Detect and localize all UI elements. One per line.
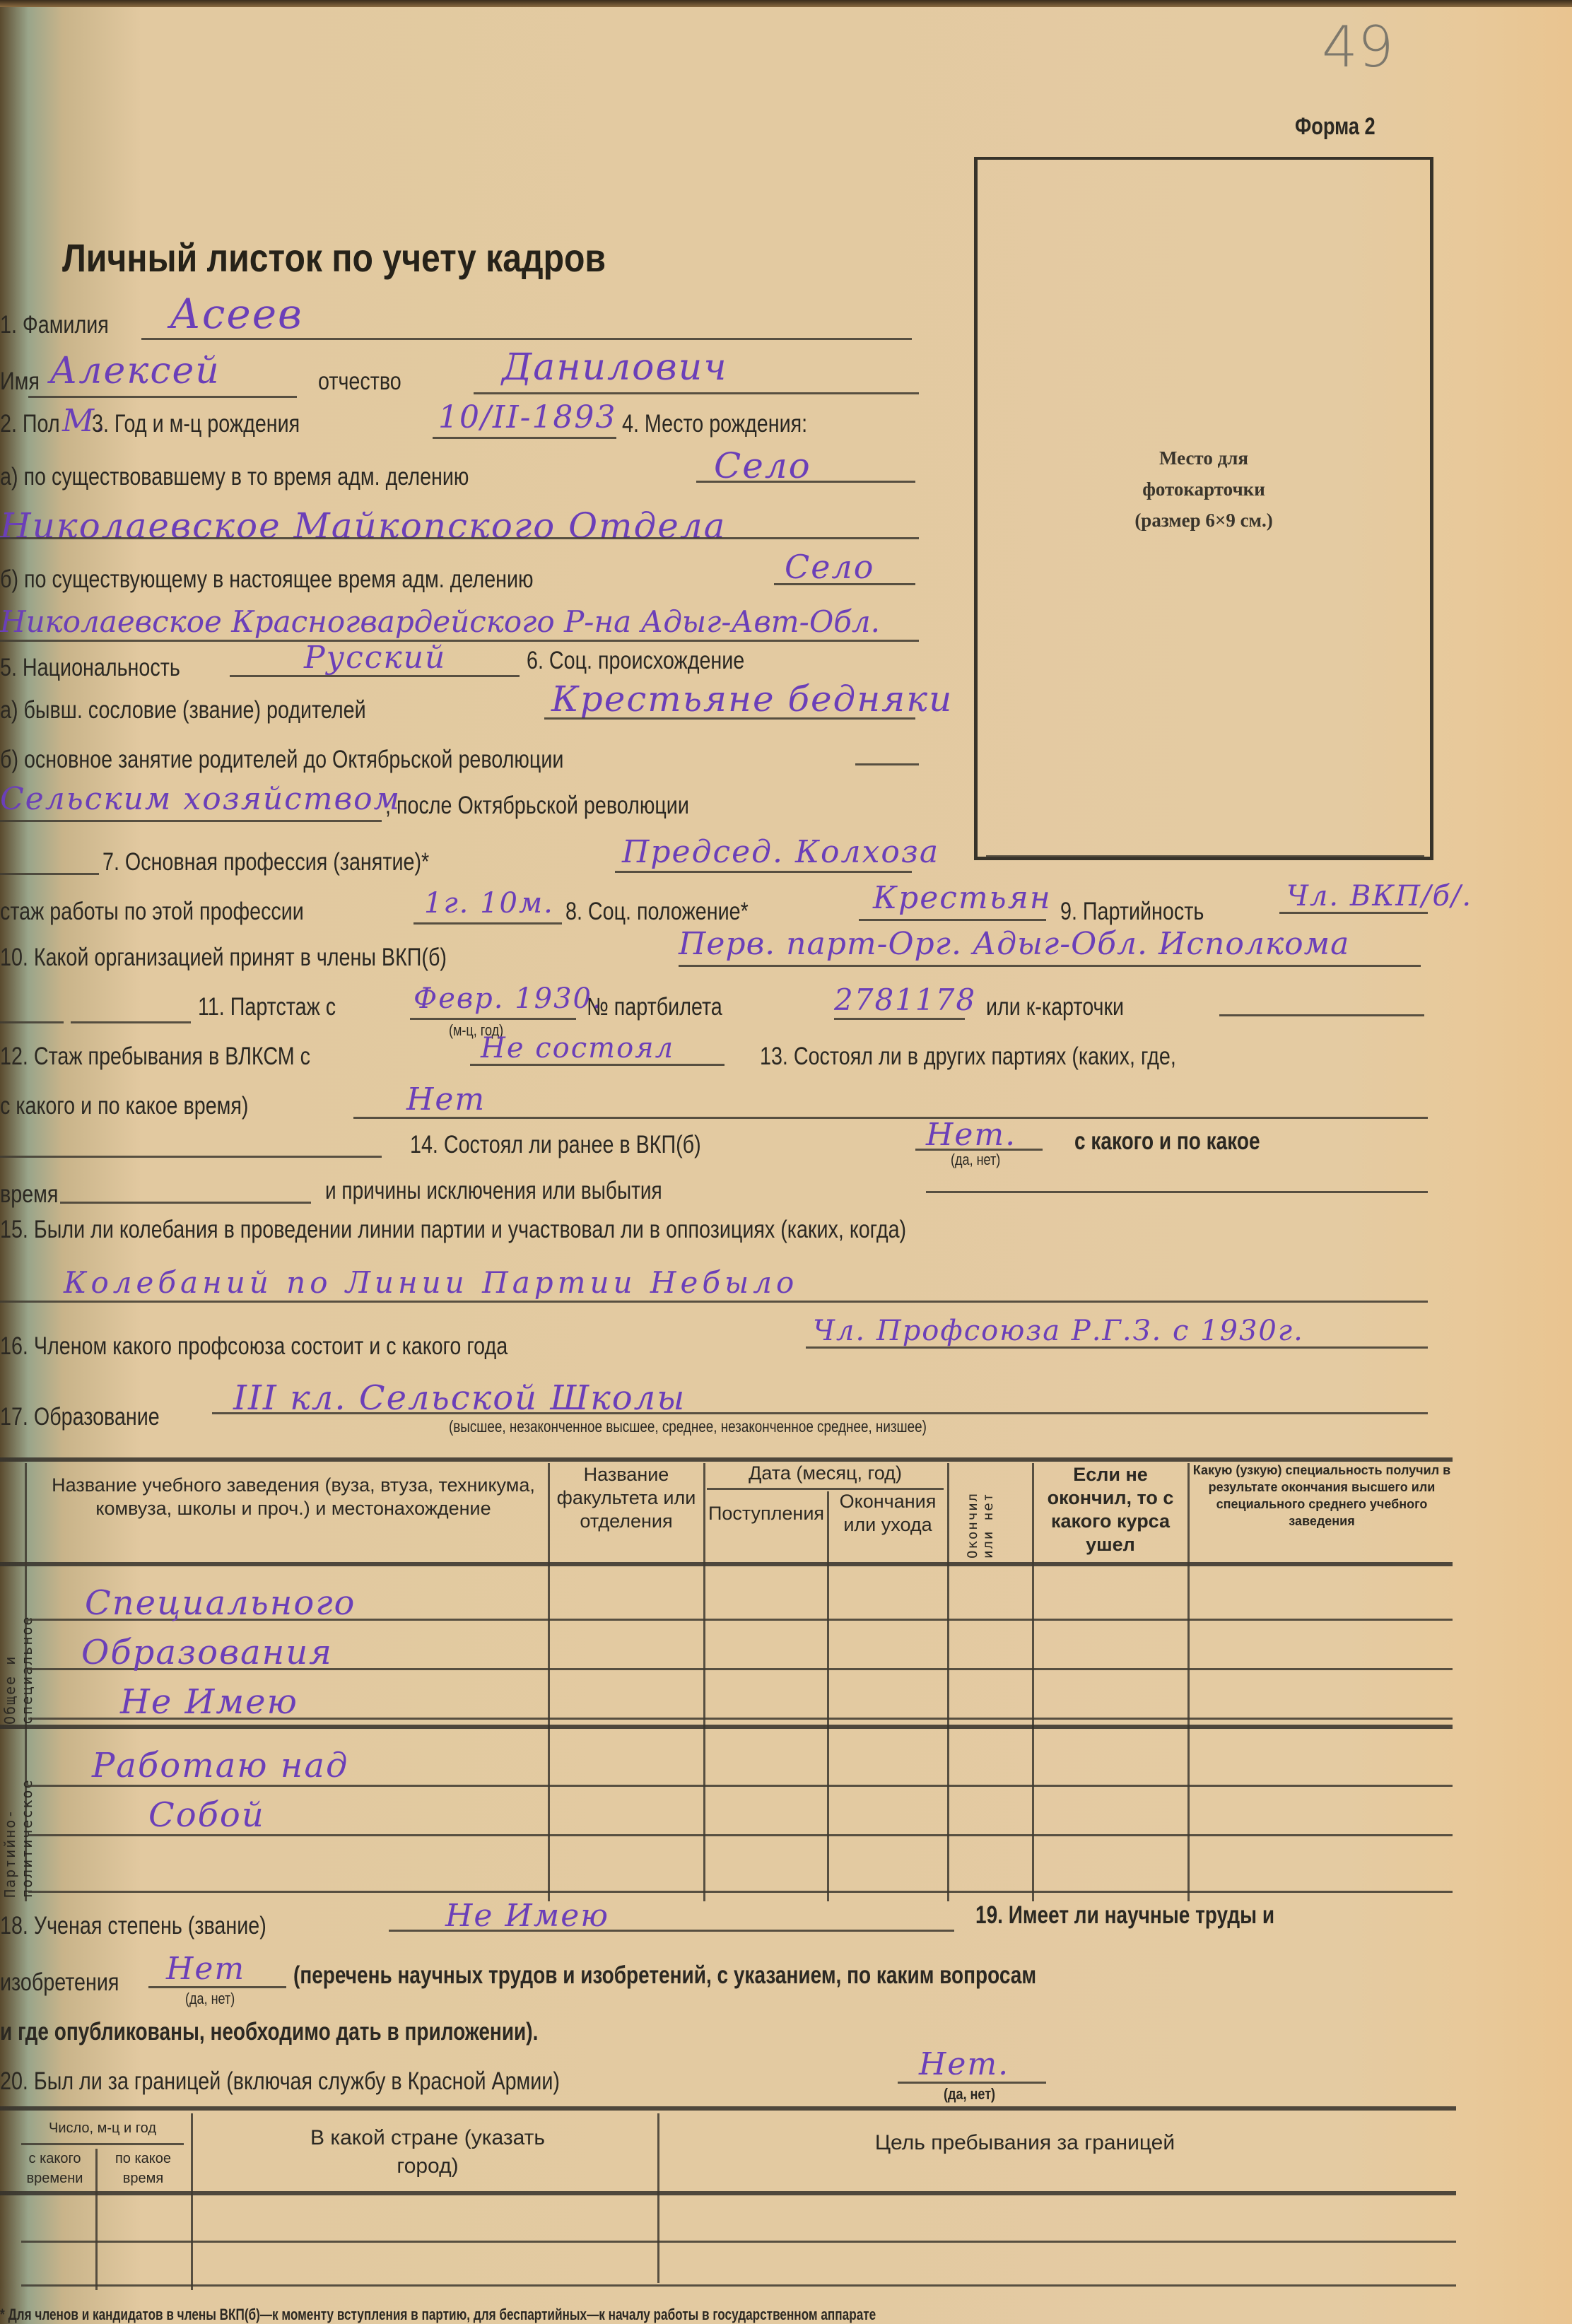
party-card-value[interactable]: 2781178 xyxy=(834,982,976,1017)
edu-col-line-3 xyxy=(827,1491,829,1901)
party-card-label: № партбилета xyxy=(587,993,722,1021)
parents-occupation-before-label: б) основное занятие родителей до Октябрь… xyxy=(0,746,563,774)
abroad-row-line-1 xyxy=(21,2241,1456,2243)
birthplace-new-line-2 xyxy=(0,640,919,642)
abroad-date-group-line xyxy=(21,2143,184,2145)
opposition-label: 15. Были ли колебания в проведении линии… xyxy=(0,1216,906,1244)
abroad-col-line-0 xyxy=(95,2149,98,2290)
parents-occupation-before-line xyxy=(855,763,919,765)
party-tenure-line xyxy=(410,1018,576,1020)
abroad-row-line-2 xyxy=(21,2284,1456,2287)
footnote: * Для членов и кандидатов в члены ВКП(б)… xyxy=(0,2306,876,2324)
abroad-header-purpose: Цель пребывания за границей xyxy=(778,2131,1272,2154)
abroad-label: 20. Был ли за границей (включая службу в… xyxy=(0,2067,560,2096)
birthdate-line xyxy=(433,437,616,439)
edu-row-line-6 xyxy=(28,1891,1453,1893)
parents-estate-line xyxy=(544,717,915,720)
earlier-party-label: 14. Состоял ли ранее в ВКП(б) xyxy=(410,1131,701,1159)
edu-header-dates-group: Дата (месяц, год) xyxy=(707,1462,944,1485)
birthplace-new-value-2[interactable]: Николаевское Красногвардейского Р-на Ады… xyxy=(0,604,880,639)
birthplace-new-label: б) по существующему в настоящее время ад… xyxy=(0,565,534,594)
abroad-value[interactable]: Нет. xyxy=(919,2046,1009,2082)
opposition-value[interactable]: Колебаний по Линии Партии Небыло xyxy=(64,1265,798,1300)
inventions-hint: (да, нет) xyxy=(185,1990,235,2008)
party-card-line xyxy=(834,1018,965,1020)
party-tenure-value[interactable]: Февр. 1930. xyxy=(413,982,603,1015)
komsomol-label: 12. Стаж пребывания в ВЛКСМ с xyxy=(0,1043,310,1071)
trade-union-label: 16. Членом какого профсоюза состоит и с … xyxy=(0,1332,508,1361)
edu-section-political-label: Партийно-политическое xyxy=(1,1735,35,1898)
firstname-line xyxy=(28,396,297,398)
birthplace-label: 4. Место рождения: xyxy=(622,410,807,438)
earlier-party-time-label: время xyxy=(0,1180,58,1209)
profession-label: 7. Основная профессия (занятие)* xyxy=(102,848,429,876)
birthplace-old-value-2[interactable]: Николаевское Майкопского Отдела xyxy=(0,505,726,546)
candidate-card-line xyxy=(1219,1014,1424,1016)
profession-line xyxy=(615,871,912,873)
abroad-header-from: с какого времени xyxy=(14,2149,95,2188)
work-experience-line xyxy=(413,922,562,925)
page-title: Личный листок по учету кадров xyxy=(62,235,606,281)
firstname-label: Имя xyxy=(0,368,40,396)
inventions-value[interactable]: Нет xyxy=(166,1951,245,1987)
form-label: Форма 2 xyxy=(1295,113,1375,141)
work-experience-label: стаж работы по этой профессии xyxy=(0,898,304,926)
edu-cell[interactable]: Собой xyxy=(148,1795,265,1835)
edu-header-faculty: Название факультета или отделения xyxy=(551,1463,701,1533)
earlier-party-value[interactable]: Нет. xyxy=(926,1117,1016,1153)
earlier-party-hint: (да, нет) xyxy=(951,1151,1000,1169)
trade-union-value[interactable]: Чл. Профсоюза Р.Г.З. с 1930г. xyxy=(813,1315,1304,1347)
social-status-line xyxy=(859,919,1046,921)
photo-line-3: (размер 6×9 см.) xyxy=(978,505,1430,536)
inventions-line xyxy=(148,1986,286,1988)
edu-header-completion: Окончания или ухода xyxy=(831,1490,945,1537)
party-line xyxy=(1279,912,1428,914)
admitting-org-label: 10. Какой организацией принят в члены ВК… xyxy=(0,944,447,972)
edu-header-completed: Окончил или нет xyxy=(965,1467,996,1559)
edu-section-general-label: Общее и специальное xyxy=(1,1573,35,1725)
scientific-works-label: 19. Имеет ли научные труды и xyxy=(975,1901,1274,1930)
abroad-table-top xyxy=(0,2106,1456,2111)
inventions-note-2: и где опубликованы, необходимо дать в пр… xyxy=(0,2018,538,2046)
education-hint: (высшее, незаконченное высшее, среднее, … xyxy=(449,1417,927,1436)
admitting-org-value[interactable]: Перв. парт-Орг. Адыг-Обл. Исполкома xyxy=(679,926,1349,962)
komsomol-value[interactable]: Не состоял xyxy=(481,1032,674,1064)
edu-header-if-not-completed: Если не окончил, то с какого курса ушел xyxy=(1036,1463,1185,1556)
social-status-label: 8. Соц. положение* xyxy=(565,898,749,926)
other-parties-label: 13. Состоял ли в других партиях (каких, … xyxy=(760,1043,1176,1071)
degree-line xyxy=(389,1930,954,1932)
surname-label: 1. Фамилия xyxy=(0,311,109,339)
abroad-table-header-bottom xyxy=(0,2191,1456,2195)
candidate-card-label: или к-карточки xyxy=(986,993,1124,1021)
edu-header-admission: Поступления xyxy=(707,1502,826,1525)
edu-header-specialty: Какую (узкую) специальность получил в ре… xyxy=(1191,1462,1453,1530)
party-value[interactable]: Чл. ВКП/б/. xyxy=(1286,880,1472,912)
abroad-col-line-2 xyxy=(657,2113,659,2283)
other-parties-label-2: с какого и по какое время) xyxy=(0,1092,248,1120)
earlier-party-prefix-line xyxy=(0,1156,382,1158)
nationality-label: 5. Национальность xyxy=(0,654,180,682)
profession-prefix-line xyxy=(0,873,99,875)
parents-estate-value[interactable]: Крестьяне бедняки xyxy=(551,679,953,720)
trade-union-line xyxy=(806,1346,1428,1349)
opposition-line xyxy=(0,1301,1428,1303)
abroad-header-country: В какой стране (указать город) xyxy=(304,2124,551,2181)
degree-label: 18. Ученая степень (звание) xyxy=(0,1912,266,1940)
edu-table-header-bottom xyxy=(0,1562,1453,1566)
nationality-line xyxy=(230,675,520,677)
admitting-org-line xyxy=(679,965,1421,967)
exclusion-reasons-label: и причины исключения или выбытия xyxy=(325,1177,662,1205)
party-label: 9. Партийность xyxy=(1060,898,1204,926)
parents-estate-label: а) бывш. сословие (звание) родителей xyxy=(0,696,366,724)
patronymic-value[interactable]: Данилович xyxy=(502,346,728,389)
photo-bottom-line xyxy=(986,855,1424,857)
parents-occupation-after-label: , после Октябрьской революции xyxy=(385,792,689,820)
surname-line xyxy=(141,338,912,340)
edu-section-divider xyxy=(0,1725,1453,1729)
party-tenure-prefix-line-2 xyxy=(71,1021,191,1023)
birthplace-old-line-1 xyxy=(696,481,915,483)
sex-label: 2. Пол xyxy=(0,410,60,438)
patronymic-label: отчество xyxy=(318,368,401,396)
social-origin-label: 6. Соц. происхождение xyxy=(527,647,744,675)
party-tenure-prefix-line-1 xyxy=(0,1021,64,1023)
other-parties-line xyxy=(353,1117,1428,1119)
exclusion-reasons-line xyxy=(926,1191,1428,1193)
patronymic-line xyxy=(474,392,919,394)
photo-line-2: фотокарточки xyxy=(978,474,1430,505)
edu-header-institution: Название учебного заведения (вуза, втуза… xyxy=(42,1474,544,1520)
other-parties-value[interactable]: Нет xyxy=(406,1081,486,1117)
surname-value[interactable]: Асеев xyxy=(170,290,303,338)
birthplace-new-value-1[interactable]: Село xyxy=(785,548,874,586)
birthplace-old-line-2 xyxy=(0,537,919,539)
firstname-value[interactable]: Алексей xyxy=(49,350,221,392)
abroad-header-to: по какое время xyxy=(99,2149,187,2188)
abroad-hint: (да, нет) xyxy=(944,2085,995,2103)
earlier-party-time-line xyxy=(60,1202,311,1204)
photo-line-1: Место для xyxy=(978,442,1430,474)
abroad-header-date-group: Число, м-ц и год xyxy=(14,2117,191,2140)
birthplace-new-line-1 xyxy=(774,583,915,585)
edu-cell[interactable]: Образования xyxy=(81,1633,333,1672)
social-status-value[interactable]: Крестьян xyxy=(873,880,1052,916)
abroad-col-line-1 xyxy=(191,2113,193,2290)
photo-placeholder-box: Место для фотокарточки (размер 6×9 см.) xyxy=(974,157,1433,860)
parents-occupation-value[interactable]: Сельским хозяйством xyxy=(0,781,401,817)
work-experience-value[interactable]: 1г. 10м. xyxy=(424,887,554,920)
abroad-line xyxy=(898,2082,1046,2084)
degree-value[interactable]: Не Имею xyxy=(445,1898,609,1934)
edu-cell[interactable]: Не Имею xyxy=(120,1682,298,1722)
inventions-label: изобретения xyxy=(0,1968,119,1997)
birthdate-value[interactable]: 10/II-1893 xyxy=(438,399,616,435)
edu-cell[interactable]: Специального xyxy=(85,1583,356,1623)
profession-value[interactable]: Председ. Колхоза xyxy=(622,834,939,870)
page-number: 49 xyxy=(1322,14,1394,80)
parents-occupation-line xyxy=(0,820,382,822)
nationality-value[interactable]: Русский xyxy=(304,640,446,676)
birthdate-label: 3. Год и м-ц рождения xyxy=(92,410,300,438)
inventions-note: (перечень научных трудов и изобретений, … xyxy=(293,1961,1036,1990)
edu-cell[interactable]: Работаю над xyxy=(92,1746,348,1785)
party-tenure-label: 11. Партстаж с xyxy=(198,993,336,1021)
education-label: 17. Образование xyxy=(0,1403,160,1431)
earlier-party-after-label: с какого и по какое xyxy=(1074,1127,1260,1156)
page-top-edge xyxy=(0,0,1572,7)
komsomol-line xyxy=(470,1064,725,1066)
birthplace-old-label: а) по существовавшему в то время адм. де… xyxy=(0,463,469,491)
education-line xyxy=(212,1412,1428,1414)
